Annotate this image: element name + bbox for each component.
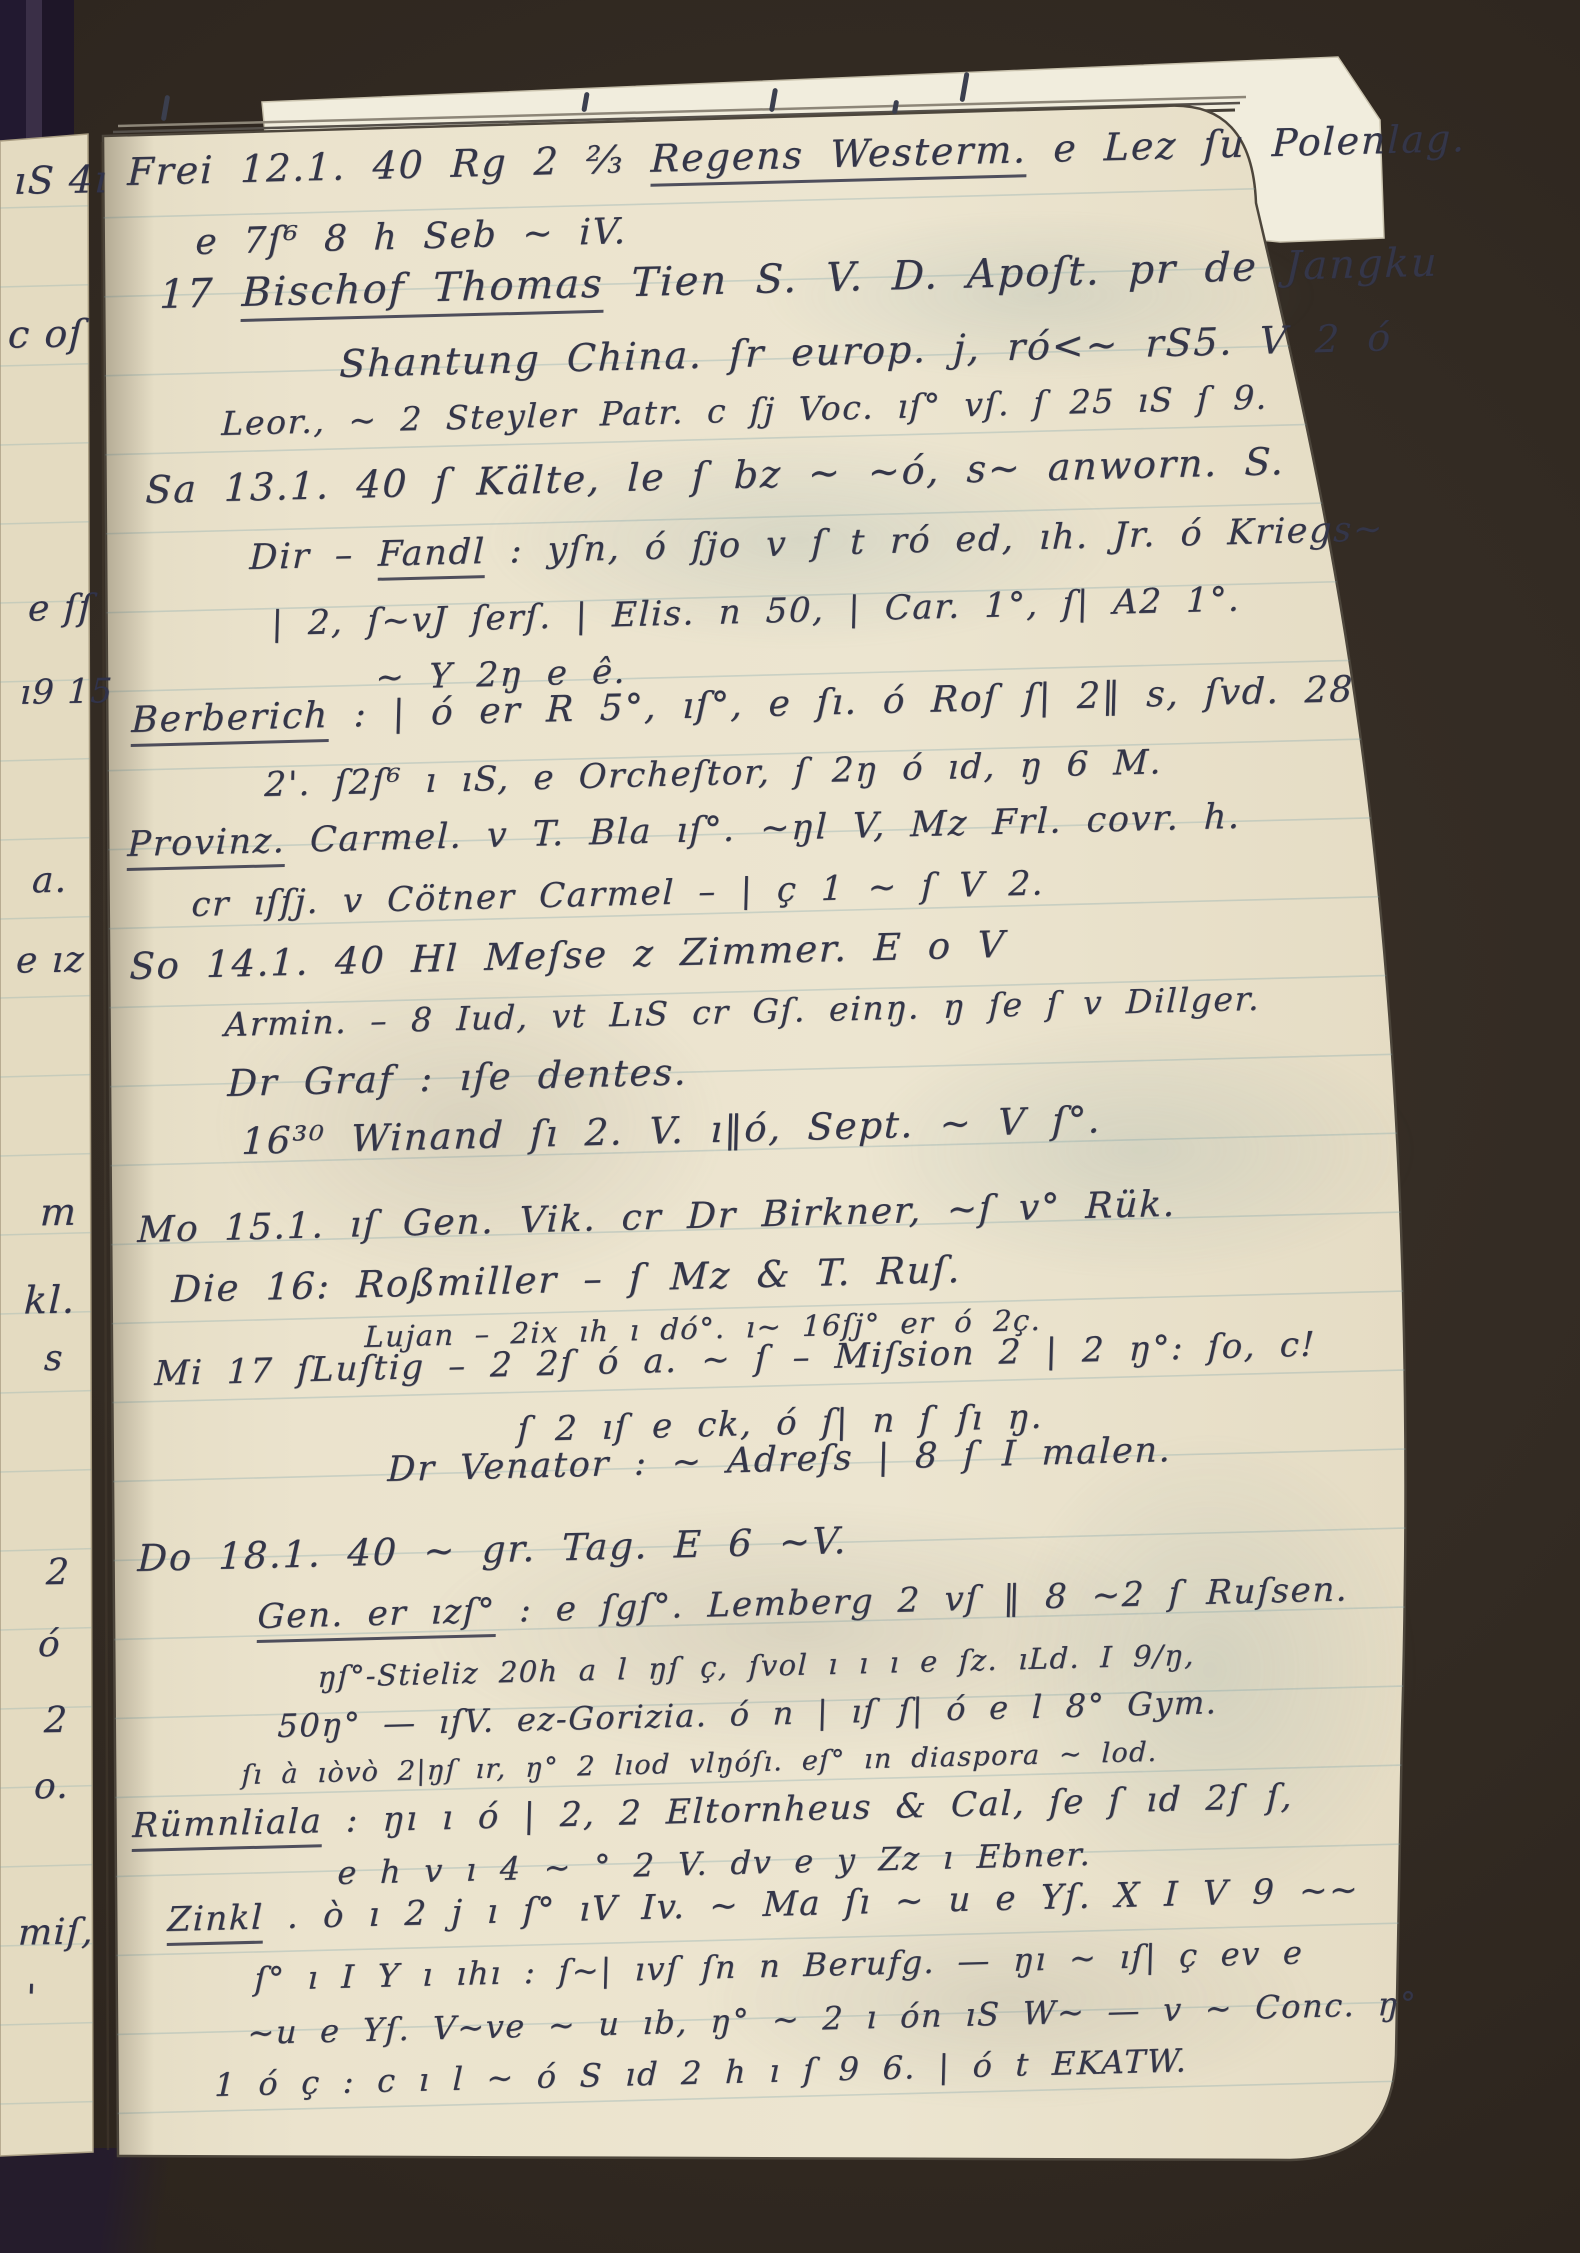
main-page (103, 106, 1406, 2160)
previous-page-edge (0, 134, 93, 2156)
page-shapes (0, 0, 1580, 2253)
notebook-photo: ıS 4ıc oſe ſſı9 15a.e ızmkl.s2ó2o.miſ,' … (0, 0, 1580, 2253)
